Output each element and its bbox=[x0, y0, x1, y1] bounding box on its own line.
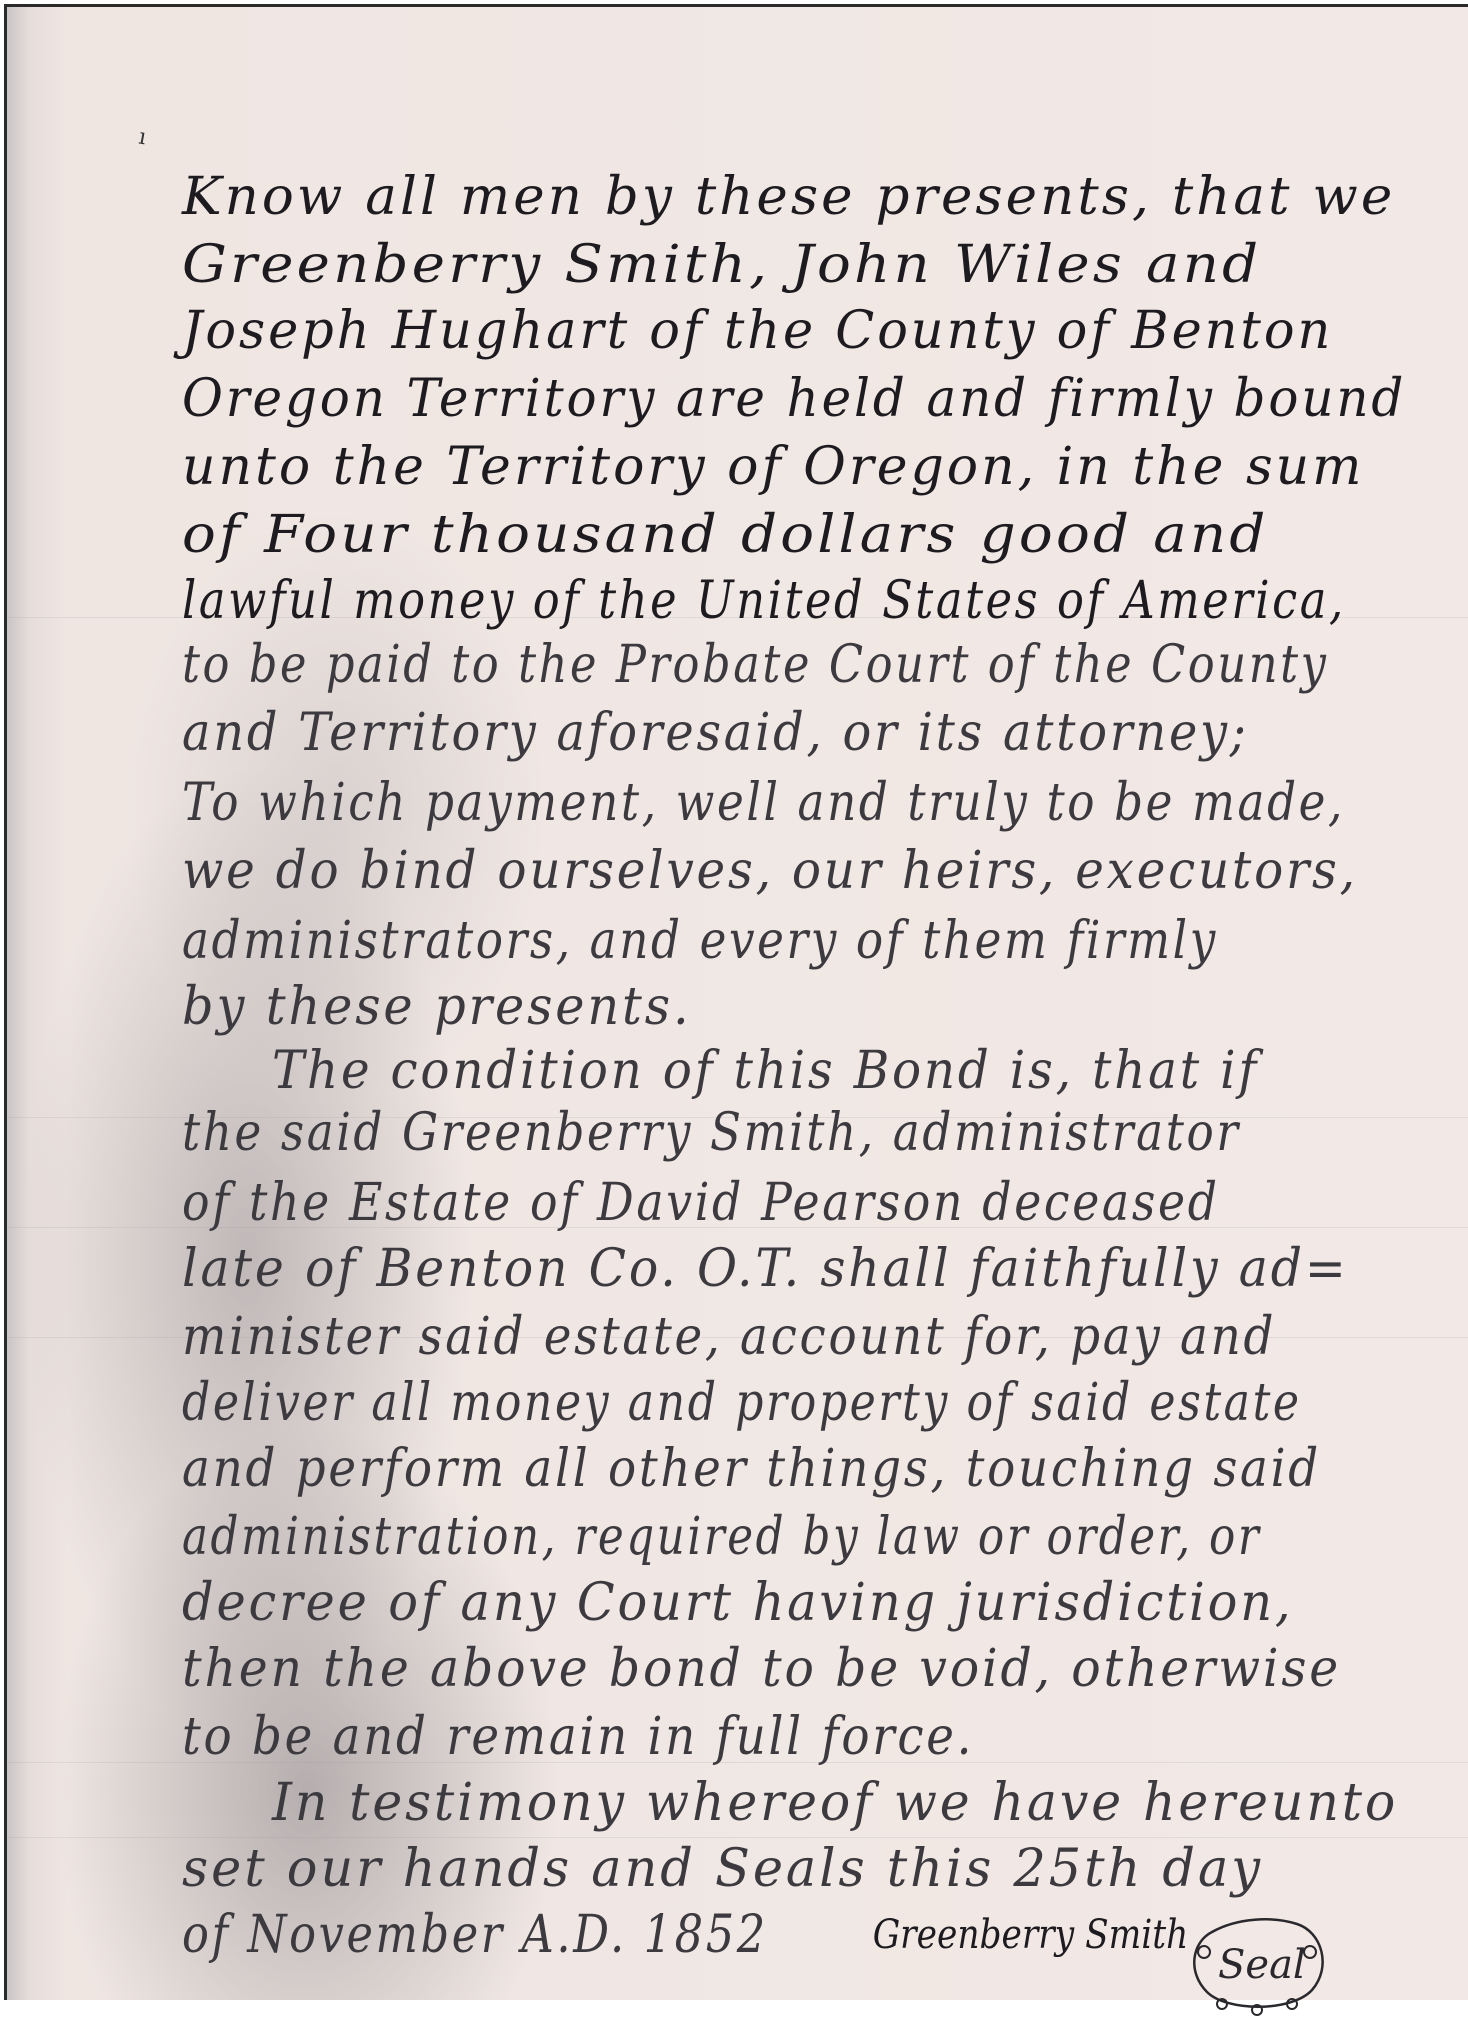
bond-line: To which payment, well and truly to be m… bbox=[182, 773, 1345, 833]
bond-line: deliver all money and property of said e… bbox=[182, 1373, 1302, 1433]
bond-line: of the Estate of David Pearson deceased bbox=[182, 1173, 1220, 1233]
margin-mark: ı bbox=[137, 125, 148, 151]
bond-line: and perform all other things, touching s… bbox=[182, 1439, 1321, 1499]
bond-line: Greenberry Smith, John Wiles and bbox=[182, 235, 1261, 295]
bond-line: minister said estate, account for, pay a… bbox=[182, 1307, 1276, 1367]
bond-line: by these presents. bbox=[182, 977, 692, 1037]
bond-line: Joseph Hughart of the County of Benton bbox=[182, 301, 1333, 361]
bond-line: administrators, and every of them firmly bbox=[182, 911, 1218, 971]
bond-line: the said Greenberry Smith, administrator bbox=[182, 1103, 1241, 1163]
bond-line: and Territory aforesaid, or its attorney… bbox=[182, 703, 1249, 763]
bond-line: set our hands and Seals this 25th day bbox=[182, 1839, 1263, 1899]
bond-line: to be and remain in full force. bbox=[182, 1707, 974, 1767]
bond-line: The condition of this Bond is, that if bbox=[272, 1041, 1259, 1101]
bond-line: late of Benton Co. O.T. shall faithfully… bbox=[182, 1239, 1349, 1299]
bond-line: administration, required by law or order… bbox=[182, 1507, 1261, 1567]
bond-line: then the above bond to be void, otherwis… bbox=[182, 1639, 1341, 1699]
seal-scroll: Seal bbox=[1182, 1912, 1332, 2000]
bond-line: decree of any Court having jurisdiction, bbox=[182, 1573, 1293, 1633]
bond-line: to be paid to the Probate Court of the C… bbox=[182, 635, 1328, 695]
signature-greenberry-smith: Greenberry Smith bbox=[873, 1912, 1189, 1958]
bond-line: Know all men by these presents, that we bbox=[182, 167, 1395, 227]
bond-line: unto the Territory of Oregon, in the sum bbox=[182, 437, 1364, 497]
bond-line: lawful money of the United States of Ame… bbox=[182, 571, 1346, 631]
bond-line: we do bind ourselves, our heirs, executo… bbox=[182, 841, 1358, 901]
bond-line: Oregon Territory are held and firmly bou… bbox=[182, 369, 1406, 429]
ruled-line bbox=[7, 1837, 1468, 1838]
bond-line: of November A.D. 1852 bbox=[182, 1905, 768, 1965]
bond-line: In testimony whereof we have hereunto bbox=[272, 1773, 1398, 1833]
seal-label: Seal bbox=[1218, 1942, 1306, 1988]
scanned-document-page: ı Know all men by these presents, that w… bbox=[4, 4, 1468, 2000]
bond-line: of Four thousand dollars good and bbox=[182, 505, 1269, 565]
